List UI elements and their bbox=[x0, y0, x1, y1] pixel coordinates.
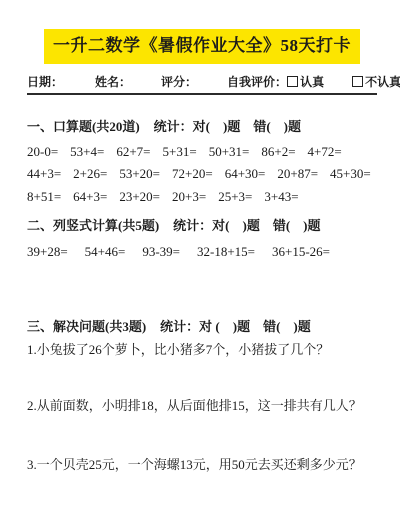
section3-heading: 三、解决问题(共3题)统计：对 ( )题 错( )题 bbox=[27, 316, 377, 335]
word-problem-1: 1.小兔拔了26个萝卜，比小猪多7个，小猪拔了几个？ bbox=[27, 342, 377, 358]
section2-stats: 统计：对( )题 错( )题 bbox=[173, 218, 320, 233]
math-problem: 23+20= bbox=[119, 189, 160, 205]
math-problem: 25+3= bbox=[218, 189, 252, 205]
section3-stats: 统计：对 ( )题 错( )题 bbox=[160, 319, 311, 334]
math-problem: 53+4= bbox=[70, 144, 104, 160]
math-problem: 44+3= bbox=[27, 166, 61, 182]
math-problem: 64+30= bbox=[225, 166, 266, 182]
oral-problems-row-2: 44+3= 2+26= 53+20= 72+20= 64+30= 20+87= … bbox=[27, 166, 377, 182]
section2-heading: 二、列竖式计算(共5题)统计：对( )题 错( )题 bbox=[27, 215, 377, 234]
checkbox-icon[interactable] bbox=[352, 76, 363, 87]
math-problem: 93-39= bbox=[142, 244, 180, 260]
name-label: 姓名： bbox=[95, 73, 131, 90]
section1-stats: 统计：对( )题 错( )题 bbox=[154, 119, 301, 134]
title-row: 一升二数学《暑假作业大全》58天打卡 bbox=[27, 29, 377, 64]
math-problem: 53+20= bbox=[119, 166, 160, 182]
serious-checkbox[interactable]: 认真 bbox=[287, 73, 324, 90]
math-problem: 64+3= bbox=[73, 189, 107, 205]
math-problem: 32-18+15= bbox=[197, 244, 255, 260]
score-label: 评分： bbox=[161, 73, 197, 90]
section1-heading: 一、口算题(共20道)统计：对( )题 错( )题 bbox=[27, 116, 377, 135]
math-problem: 20-0= bbox=[27, 144, 58, 160]
meta-line: 日期： 姓名： 评分： 自我评价： 认真 不认真 bbox=[27, 73, 377, 95]
math-problem: 36+15-26= bbox=[272, 244, 330, 260]
section1-title: 一、口算题(共20道) bbox=[27, 119, 140, 134]
oral-problems-row-3: 8+51= 64+3= 23+20= 20+3= 25+3= 3+43= bbox=[27, 189, 377, 205]
math-problem: 8+51= bbox=[27, 189, 61, 205]
math-problem: 5+31= bbox=[163, 144, 197, 160]
math-problem: 39+28= bbox=[27, 244, 68, 260]
math-problem: 62+7= bbox=[116, 144, 150, 160]
self-eval-label: 自我评价： bbox=[227, 73, 287, 90]
math-problem: 45+30= bbox=[330, 166, 371, 182]
worksheet-title: 一升二数学《暑假作业大全》58天打卡 bbox=[44, 29, 360, 64]
math-problem: 86+2= bbox=[261, 144, 295, 160]
serious-checkbox-label: 认真 bbox=[300, 73, 324, 90]
word-problem-3: 3.一个贝壳25元，一个海螺13元，用50元去买还剩多少元？ bbox=[27, 457, 377, 473]
date-label: 日期： bbox=[27, 73, 63, 90]
oral-problems-row-1: 20-0= 53+4= 62+7= 5+31= 50+31= 86+2= 4+7… bbox=[27, 144, 377, 160]
math-problem: 4+72= bbox=[308, 144, 342, 160]
math-problem: 3+43= bbox=[264, 189, 298, 205]
checkbox-icon[interactable] bbox=[287, 76, 298, 87]
math-problem: 54+46= bbox=[85, 244, 126, 260]
word-problem-2: 2.从前面数，小明排18，从后面他排15，这一排共有几人？ bbox=[27, 398, 377, 414]
section3-title: 三、解决问题(共3题) bbox=[27, 319, 146, 334]
not-serious-checkbox-label: 不认真 bbox=[365, 73, 400, 90]
worksheet-page: 一升二数学《暑假作业大全》58天打卡 日期： 姓名： 评分： 自我评价： 认真 … bbox=[0, 0, 400, 518]
math-problem: 20+87= bbox=[277, 166, 318, 182]
math-problem: 20+3= bbox=[172, 189, 206, 205]
not-serious-checkbox[interactable]: 不认真 bbox=[352, 73, 400, 90]
math-problem: 50+31= bbox=[209, 144, 250, 160]
math-problem: 2+26= bbox=[73, 166, 107, 182]
math-problem: 72+20= bbox=[172, 166, 213, 182]
vertical-problems-row: 39+28= 54+46= 93-39= 32-18+15= 36+15-26= bbox=[27, 244, 377, 260]
section2-title: 二、列竖式计算(共5题) bbox=[27, 218, 159, 233]
